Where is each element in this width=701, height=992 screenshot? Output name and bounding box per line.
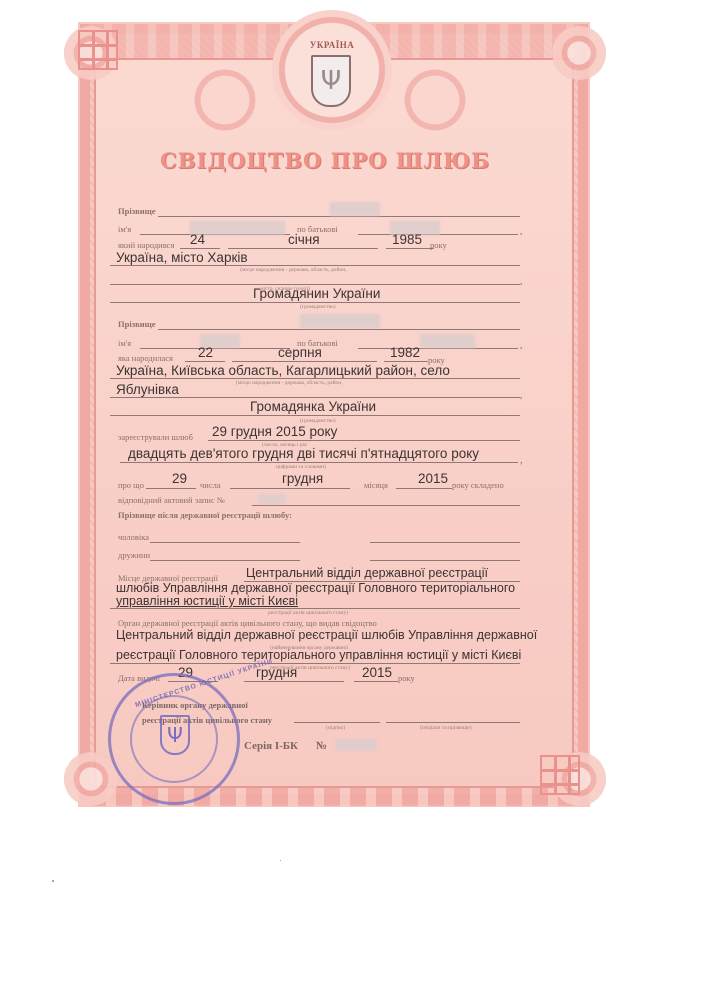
comma: ,	[520, 455, 522, 465]
registration-date-words: двадцять дев'ятого грудня дві тисячі п'я…	[128, 446, 479, 461]
issue-year: 2015	[362, 665, 392, 680]
registration-date-digits: 29 грудня 2015 року	[212, 424, 337, 439]
underline	[110, 397, 520, 398]
wife-born-label: яка народилася	[118, 353, 173, 363]
year-composed-label: року складено	[452, 480, 504, 490]
wife-surname-after-field	[150, 560, 300, 561]
document-title: СВІДОЦТВО ПРО ШЛЮБ	[150, 148, 500, 173]
redacted-certificate-number	[336, 739, 376, 751]
signature-hint: (підпис)	[326, 725, 345, 731]
birthplace-hint: (місце народження - держава, область, ра…	[236, 380, 343, 386]
initials-hint: (ініціали та прізвище)	[420, 725, 472, 731]
husband-name-label: ім'я	[118, 224, 131, 234]
place-line1: Центральний відділ державної реєстрації	[246, 566, 488, 580]
about-label: про що	[118, 480, 144, 490]
country-label: УКРАЇНА	[290, 40, 374, 50]
scan-speck	[52, 880, 54, 882]
underline	[110, 302, 520, 303]
scan-speck	[280, 860, 281, 861]
issuer-line1: Центральний відділ державної реєстрації …	[116, 628, 537, 642]
citizenship-hint: (громадянство)	[300, 304, 336, 310]
issuer-label: Орган державної реєстрації актів цивільн…	[118, 618, 377, 628]
underline	[354, 681, 398, 682]
stamp-trident-icon: Ψ	[160, 715, 190, 755]
comma: ,	[520, 390, 522, 400]
number-label: №	[316, 740, 327, 752]
wife-birth-month: серпня	[278, 345, 322, 360]
underline	[396, 488, 452, 489]
wife-birth-year: 1982	[390, 345, 420, 360]
underline	[386, 248, 434, 249]
wife-surname-label: Прізвище	[118, 319, 156, 329]
signature-field	[294, 722, 380, 723]
underline	[110, 415, 520, 416]
redacted-wife-patronymic	[420, 334, 475, 348]
month-label: місяця	[364, 480, 388, 490]
surnames-after-label: Прізвище після державної реєстрації шлюб…	[118, 510, 292, 520]
issuer-line2: реєстрації Головного територіального упр…	[116, 648, 521, 662]
place-line3: управління юстиції у місті Києві	[116, 594, 298, 608]
wife-name-label: ім'я	[118, 338, 131, 348]
underline	[232, 361, 377, 362]
place-hint: реєстрації актів цивільного стану)	[268, 610, 348, 616]
act-year: 2015	[418, 471, 448, 486]
year-suffix: року	[430, 240, 447, 250]
flourish-ornament	[390, 60, 480, 140]
initials-field	[386, 722, 520, 723]
day-label: числа	[200, 480, 221, 490]
act-month: грудня	[282, 471, 323, 486]
underline	[370, 542, 520, 543]
underline	[146, 488, 196, 489]
corner-ornament-bottom-left	[64, 752, 118, 806]
underline	[110, 284, 520, 285]
husband-surname-label: Прізвище	[118, 206, 156, 216]
redacted-act-number	[258, 494, 286, 504]
husband-birth-day: 24	[190, 232, 205, 247]
wife-birth-day: 22	[198, 345, 213, 360]
redacted-wife-surname	[300, 314, 380, 328]
registered-label: зареєстрували шлюб	[118, 432, 193, 442]
underline	[228, 248, 378, 249]
corner-ornament-top-right	[552, 26, 606, 80]
comma: ,	[520, 276, 522, 286]
year-suffix: року	[398, 673, 415, 683]
underline	[370, 560, 520, 561]
husband-birthplace: Україна, місто Харків	[116, 250, 248, 265]
underline	[384, 361, 428, 362]
wife-surname-after-label: дружини	[118, 550, 150, 560]
husband-birth-year: 1985	[392, 232, 422, 247]
act-record-label: відповідний актовий запис №	[118, 495, 225, 505]
wife-name-field	[140, 348, 290, 349]
knot-ornament-icon	[540, 755, 580, 795]
trident-icon: Ψ	[311, 55, 351, 107]
act-record-field	[252, 505, 520, 506]
comma: ,	[520, 340, 522, 350]
husband-born-label: який народився	[118, 240, 174, 250]
series-label: Серія І-БК	[244, 740, 298, 752]
underline	[110, 378, 520, 379]
underline	[244, 681, 344, 682]
underline	[230, 488, 350, 489]
husband-surname-after-label: чоловіка	[118, 532, 149, 542]
knot-ornament-icon	[78, 30, 118, 70]
wife-surname-field	[158, 329, 520, 330]
flourish-ornament	[180, 60, 270, 140]
act-day: 29	[172, 471, 187, 486]
wife-patronymic-field	[358, 348, 518, 349]
husband-surname-field	[158, 216, 520, 217]
redacted-husband-surname	[330, 202, 380, 216]
husband-surname-after-field	[150, 542, 300, 543]
wife-birthplace-line1: Україна, Київська область, Кагарлицький …	[116, 363, 450, 378]
underline	[110, 265, 520, 266]
place-line2: шлюбів Управління державної реєстрації Г…	[116, 581, 515, 595]
comma: ,	[520, 226, 522, 236]
underline	[185, 361, 225, 362]
birthplace-hint: (місце народження - держава, область, ра…	[240, 267, 347, 273]
husband-citizenship: Громадянин України	[253, 286, 380, 301]
underline	[110, 663, 520, 664]
wife-birthplace-line2: Яблунівка	[116, 382, 179, 397]
husband-birth-month: січня	[288, 232, 320, 247]
underline	[180, 248, 220, 249]
underline	[120, 462, 518, 463]
date-words-hint: цифрами та словами)	[276, 464, 326, 470]
underline	[110, 608, 520, 609]
wife-citizenship: Громадянка України	[250, 399, 376, 414]
underline	[208, 440, 520, 441]
